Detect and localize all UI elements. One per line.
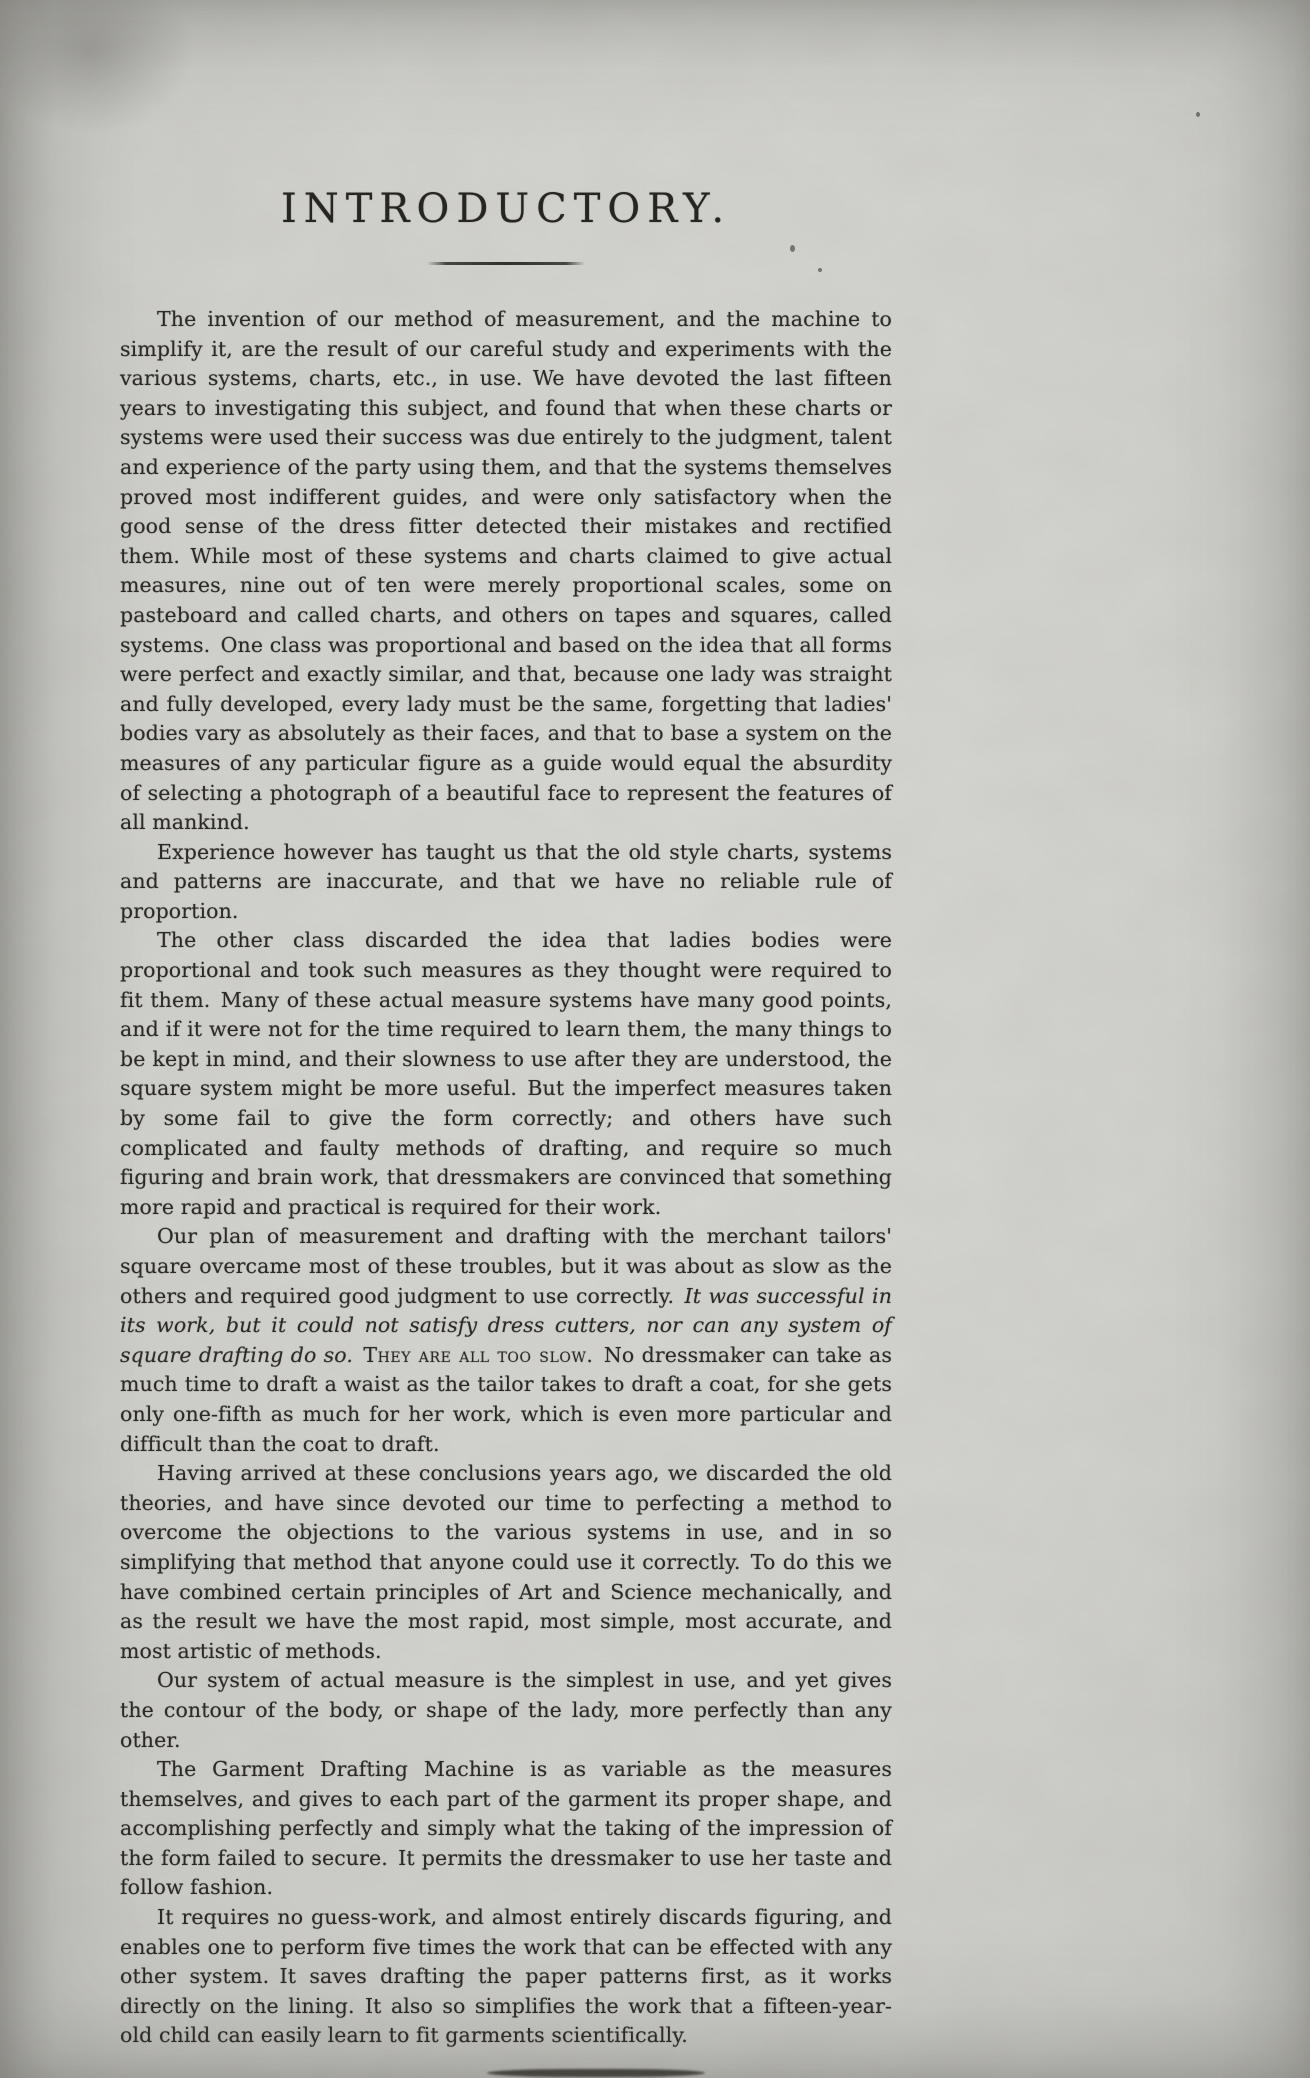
paragraph: It requires no guess-work, and almost en… xyxy=(120,1903,892,2051)
paragraph: Our system of actual measure is the simp… xyxy=(120,1666,892,1755)
text-segment-normal: It requires no guess-work, and almost en… xyxy=(120,1905,892,2047)
text-segment-normal: Experience however has taught us that th… xyxy=(120,840,892,923)
text-segment-normal: The other class discarded the idea that … xyxy=(120,928,892,1218)
paragraph: Having arrived at these conclusions year… xyxy=(120,1459,892,1666)
paragraph: The other class discarded the idea that … xyxy=(120,926,892,1222)
page-title: INTRODUCTORY. xyxy=(120,186,892,232)
page-text-block: INTRODUCTORY. The invention of our metho… xyxy=(120,186,892,2051)
body-text: The invention of our method of measureme… xyxy=(120,305,892,2051)
text-segment-normal: Our system of actual measure is the simp… xyxy=(120,1668,892,1751)
text-segment-normal: Having arrived at these conclusions year… xyxy=(120,1461,892,1663)
paragraph: Experience however has taught us that th… xyxy=(120,838,892,927)
paragraph: The Garment Drafting Machine is as varia… xyxy=(120,1755,892,1903)
paragraph: The invention of our method of measureme… xyxy=(120,305,892,838)
text-segment-normal: The invention of our method of measureme… xyxy=(120,307,892,834)
text-segment-normal xyxy=(353,1343,363,1367)
text-segment-smallcaps: They are all too slow. xyxy=(363,1343,593,1367)
text-segment-normal: The Garment Drafting Machine is as varia… xyxy=(120,1757,892,1899)
title-divider-rule xyxy=(427,262,585,265)
paragraph: Our plan of measurement and drafting wit… xyxy=(120,1222,892,1459)
